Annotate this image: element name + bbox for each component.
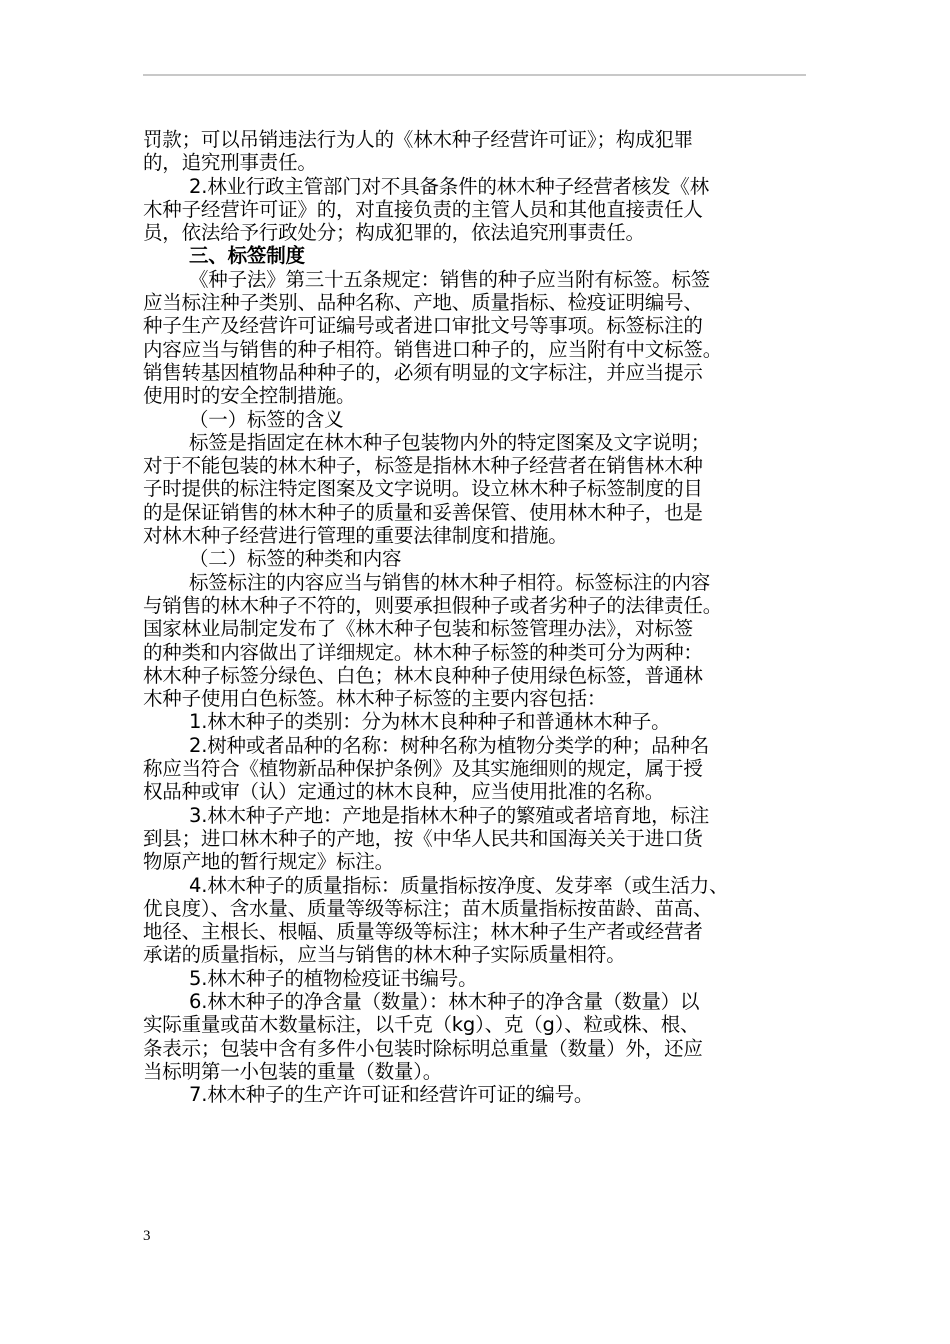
- text-line: 应当标注种子类别、品种名称、产地、质量指标、检疫证明编号、: [143, 291, 811, 314]
- text-line: 的是保证销售的林木种子的质量和妥善保管、使用林木种子，也是: [143, 501, 811, 524]
- text-line: （二）标签的种类和内容: [143, 547, 811, 570]
- text-line: 销售转基因植物品种种子的，必须有明显的文字标注，并应当提示: [143, 361, 811, 384]
- text-line: 当标明第一小包装的重量（数量）。: [143, 1060, 811, 1083]
- text-line: 权品种或审（认）定通过的林木良种，应当使用批准的名称。: [143, 780, 811, 803]
- text-line: 标签标注的内容应当与销售的林木种子相符。标签标注的内容: [143, 571, 811, 594]
- text-line: 5.林木种子的植物检疫证书编号。: [143, 967, 811, 990]
- text-line: 的，追究刑事责任。: [143, 151, 811, 174]
- header-rule: [143, 74, 806, 76]
- text-line: 到县；进口林木种子的产地，按《中华人民共和国海关关于进口货: [143, 827, 811, 850]
- text-line: 2.林业行政主管部门对不具备条件的林木种子经营者核发《林: [143, 175, 811, 198]
- text-line: 优良度）、含水量、质量等级等标注；苗木质量指标按苗龄、苗高、: [143, 897, 811, 920]
- text-line: 2.树种或者品种的名称：树种名称为植物分类学的种；品种名: [143, 734, 811, 757]
- text-line: 的种类和内容做出了详细规定。林木种子标签的种类可分为两种：: [143, 641, 811, 664]
- text-line: 员，依法给予行政处分；构成犯罪的，依法追究刑事责任。: [143, 221, 811, 244]
- text-line: 子时提供的标注特定图案及文字说明。设立林木种子标签制度的目: [143, 477, 811, 500]
- document-body: 罚款；可以吊销违法行为人的《林木种子经营许可证》；构成犯罪的，追究刑事责任。2.…: [143, 128, 811, 1106]
- text-line: 3.林木种子产地：产地是指林木种子的繁殖或者培育地，标注: [143, 804, 811, 827]
- text-line: 使用时的安全控制措施。: [143, 384, 811, 407]
- text-line: 国家林业局制定发布了《林木种子包装和标签管理办法》，对标签: [143, 617, 811, 640]
- text-line: 标签是指固定在林木种子包装物内外的特定图案及文字说明；: [143, 431, 811, 454]
- text-line: 称应当符合《植物新品种保护条例》及其实施细则的规定，属于授: [143, 757, 811, 780]
- text-line: 罚款；可以吊销违法行为人的《林木种子经营许可证》；构成犯罪: [143, 128, 811, 151]
- text-line: 4.林木种子的质量指标：质量指标按净度、发芽率（或生活力、: [143, 874, 811, 897]
- text-line: 木种子使用白色标签。林木种子标签的主要内容包括：: [143, 687, 811, 710]
- text-line: 7.林木种子的生产许可证和经营许可证的编号。: [143, 1083, 811, 1106]
- text-line: （一）标签的含义: [143, 408, 811, 431]
- text-line: 6.林木种子的净含量（数量）：林木种子的净含量（数量）以: [143, 990, 811, 1013]
- text-line: 对于不能包装的林木种子，标签是指林木种子经营者在销售林木种: [143, 454, 811, 477]
- text-line: 内容应当与销售的种子相符。销售进口种子的，应当附有中文标签。: [143, 338, 811, 361]
- text-line: 1.林木种子的类别：分为林木良种种子和普通林木种子。: [143, 710, 811, 733]
- text-line: 地径、主根长、根幅、质量等级等标注；林木种子生产者或经营者: [143, 920, 811, 943]
- text-line: 对林木种子经营进行管理的重要法律制度和措施。: [143, 524, 811, 547]
- text-line: 物原产地的暂行规定》标注。: [143, 850, 811, 873]
- section-heading: 三、标签制度: [143, 244, 811, 267]
- text-line: 种子生产及经营许可证编号或者进口审批文号等事项。标签标注的: [143, 314, 811, 337]
- page-number: 3: [143, 1228, 151, 1245]
- text-line: 实际重量或苗木数量标注，以千克（kg）、克（g）、粒或株、根、: [143, 1013, 811, 1036]
- text-line: 《种子法》第三十五条规定：销售的种子应当附有标签。标签: [143, 268, 811, 291]
- text-line: 条表示；包装中含有多件小包装时除标明总重量（数量）外，还应: [143, 1037, 811, 1060]
- text-line: 承诺的质量指标，应当与销售的林木种子实际质量相符。: [143, 943, 811, 966]
- text-line: 林木种子标签分绿色、白色；林木良种种子使用绿色标签，普通林: [143, 664, 811, 687]
- text-line: 与销售的林木种子不符的，则要承担假种子或者劣种子的法律责任。: [143, 594, 811, 617]
- text-line: 木种子经营许可证》的，对直接负责的主管人员和其他直接责任人: [143, 198, 811, 221]
